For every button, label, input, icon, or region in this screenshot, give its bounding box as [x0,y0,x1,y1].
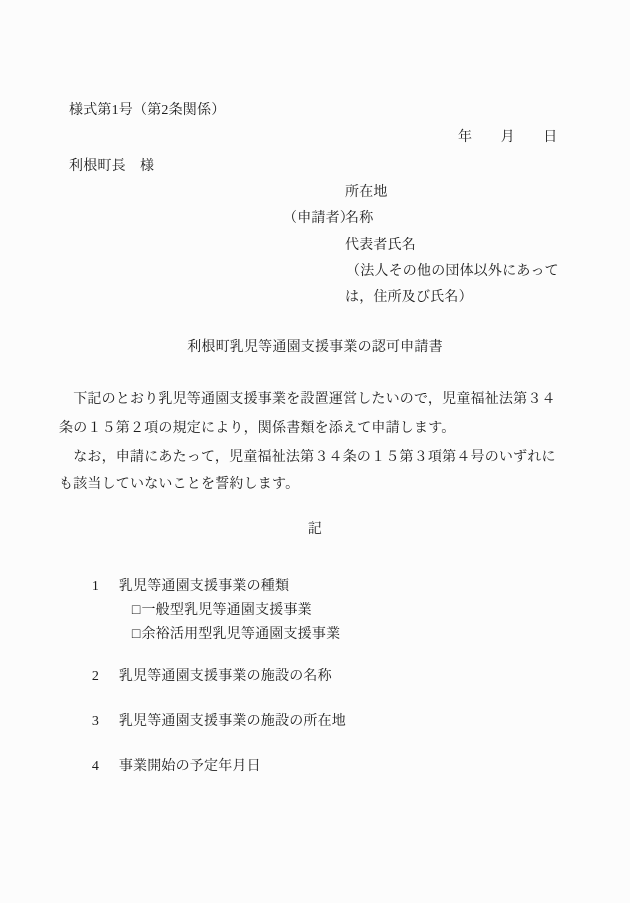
applicant-address-label: 所在地 [345,186,388,200]
addressee: 利根町長 様 [69,160,154,174]
applicant-name-label: 名称 [345,212,373,226]
applicant-label: （申請者） [283,212,354,226]
paragraph2-line1: なお，申請にあたって，児童福祉法第３４条の１５第３項第４号のいずれに [59,451,556,465]
item-1-number: 1 [92,580,119,594]
item-3-number: 3 [92,715,119,729]
applicant-note-line1: （法人その他の団体以外にあって [346,265,559,279]
paragraph1-line2: 条の１５第２項の規定により，関係書類を添えて申請します。 [59,422,455,436]
page-title: 利根町乳児等通園支援事業の認可申請書 [0,341,630,355]
item-4-label: 事業開始の予定年月日 [119,759,261,774]
paragraph1-line1: 下記のとおり乳児等通園支援事業を設置運営したいので，児童福祉法第３４ [59,393,556,407]
list-item-2: 2乳児等通園支援事業の施設の名称 [77,656,332,698]
item-2-number: 2 [92,670,119,684]
item-1-option-2: □余裕活用型乳児等通園支援事業 [117,614,340,656]
list-item-4: 4事業開始の予定年月日 [77,746,261,788]
item-2-label: 乳児等通園支援事業の施設の名称 [119,669,332,684]
form-number: 様式第1号（第2条関係） [69,104,225,118]
applicant-note-line2: は，住所及び氏名） [345,291,473,305]
option-2-label: 余裕活用型乳児等通園支援事業 [141,627,340,642]
checkbox-icon: □ [132,628,141,642]
ki-marker: 記 [0,523,630,537]
item-4-number: 4 [92,760,119,774]
date-line: 年 月 日 [458,131,557,145]
document-page: 様式第1号（第2条関係） 年 月 日 利根町長 様 所在地 （申請者） 名称 代… [0,0,630,903]
list-item-3: 3乳児等通園支援事業の施設の所在地 [77,701,346,743]
paragraph2-line2: も該当していないことを誓約します。 [59,478,299,492]
applicant-representative-label: 代表者氏名 [345,239,416,253]
item-3-label: 乳児等通園支援事業の施設の所在地 [119,714,346,729]
